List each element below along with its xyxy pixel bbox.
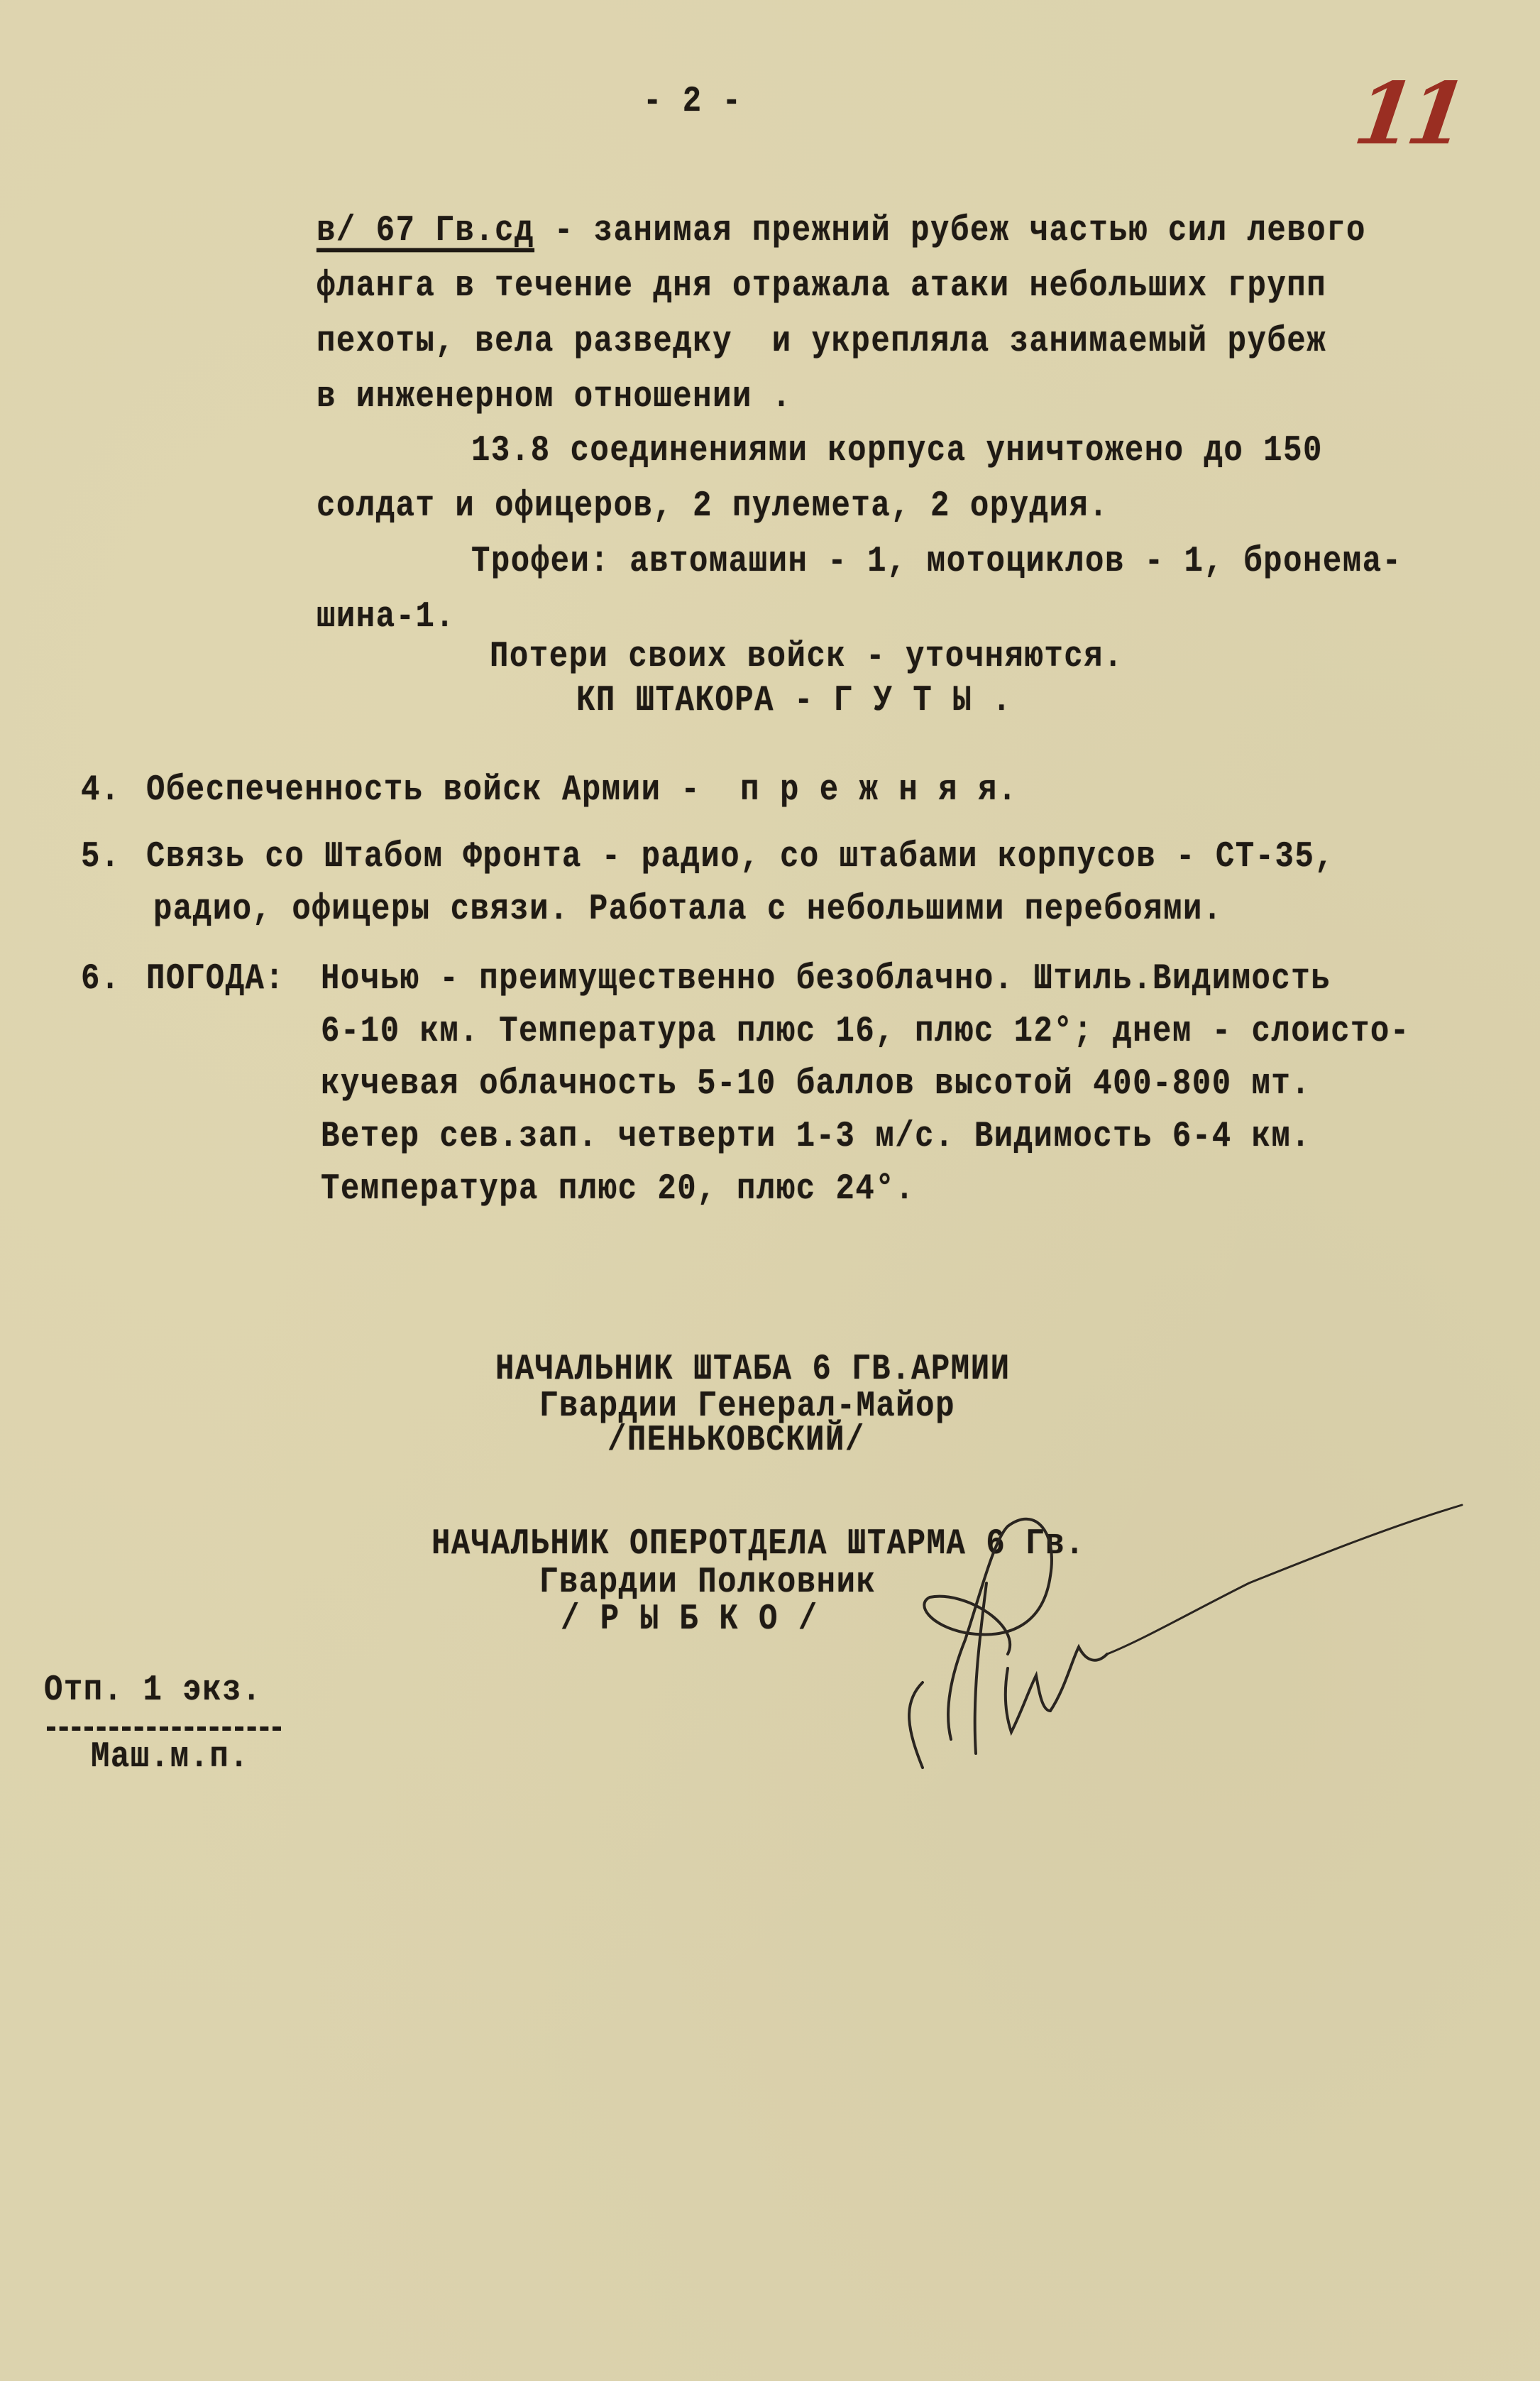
- section-4-text: Обеспеченность войск Армии - п р е ж н я…: [146, 772, 1018, 809]
- weather-line-4: Ветер сев.зап. четверти 1-3 м/с. Видимос…: [321, 1119, 1311, 1155]
- footer-divider: [47, 1726, 281, 1731]
- unit-text: - занимая прежний рубеж частью сил левог…: [534, 211, 1366, 252]
- typist-note: Маш.м.п.: [91, 1739, 249, 1775]
- handwritten-signature-icon: [823, 1498, 1497, 1782]
- archive-folio-number: 11: [1348, 64, 1467, 164]
- weather-line-3: кучевая облачность 5-10 баллов высотой 4…: [321, 1066, 1311, 1102]
- trophies-line-1: Трофеи: автомашин - 1, мотоциклов - 1, б…: [471, 544, 1402, 580]
- enemy-losses-line-2: солдат и офицеров, 2 пулемета, 2 орудия.: [317, 488, 1109, 525]
- enemy-losses-line-1: 13.8 соединениями корпуса уничтожено до …: [471, 433, 1323, 469]
- section-5-line-2: радио, офицеры связи. Работала с небольш…: [153, 892, 1223, 928]
- command-post: КП ШТАКОРА - Г У Т Ы .: [576, 683, 1012, 719]
- weather-label: ПОГОДА:: [146, 961, 285, 997]
- unit-paragraph-line-1: в/ 67 Гв.сд - занимая прежний рубеж част…: [317, 213, 1366, 249]
- weather-line-1: Ночью - преимущественно безоблачно. Штил…: [321, 961, 1331, 997]
- section-4-number: 4.: [81, 772, 121, 809]
- weather-line-2: 6-10 км. Температура плюс 16, плюс 12°; …: [321, 1014, 1410, 1050]
- signatory-1-title: НАЧАЛЬНИК ШТАБА 6 ГВ.АРМИИ: [495, 1352, 1011, 1388]
- unit-paragraph-line-4: в инженерном отношении .: [317, 379, 792, 415]
- signatory-2-name: / Р Ы Б К О /: [561, 1602, 818, 1638]
- signatory-1-rank: Гвардии Генерал-Майор: [539, 1389, 955, 1425]
- page-number: - 2 -: [643, 84, 742, 120]
- own-losses: Потери своих войск - уточняются.: [490, 639, 1123, 675]
- unit-paragraph-line-2: фланга в течение дня отражала атаки небо…: [317, 268, 1326, 305]
- unit-paragraph-line-3: пехоты, вела разведку и укрепляла занима…: [317, 324, 1326, 360]
- trophies-line-2: шина-1.: [317, 599, 455, 635]
- signatory-1-name: /ПЕНЬКОВСКИЙ/: [607, 1423, 865, 1459]
- section-6-number: 6.: [81, 961, 121, 997]
- section-5-line-1: Связь со Штабом Фронта - радио, со штаба…: [146, 839, 1334, 875]
- copies-note: Отп. 1 экз.: [44, 1673, 262, 1709]
- weather-line-5: Температура плюс 20, плюс 24°.: [321, 1171, 915, 1208]
- unit-label: в/ 67 Гв.сд: [317, 211, 534, 252]
- section-5-number: 5.: [81, 839, 121, 875]
